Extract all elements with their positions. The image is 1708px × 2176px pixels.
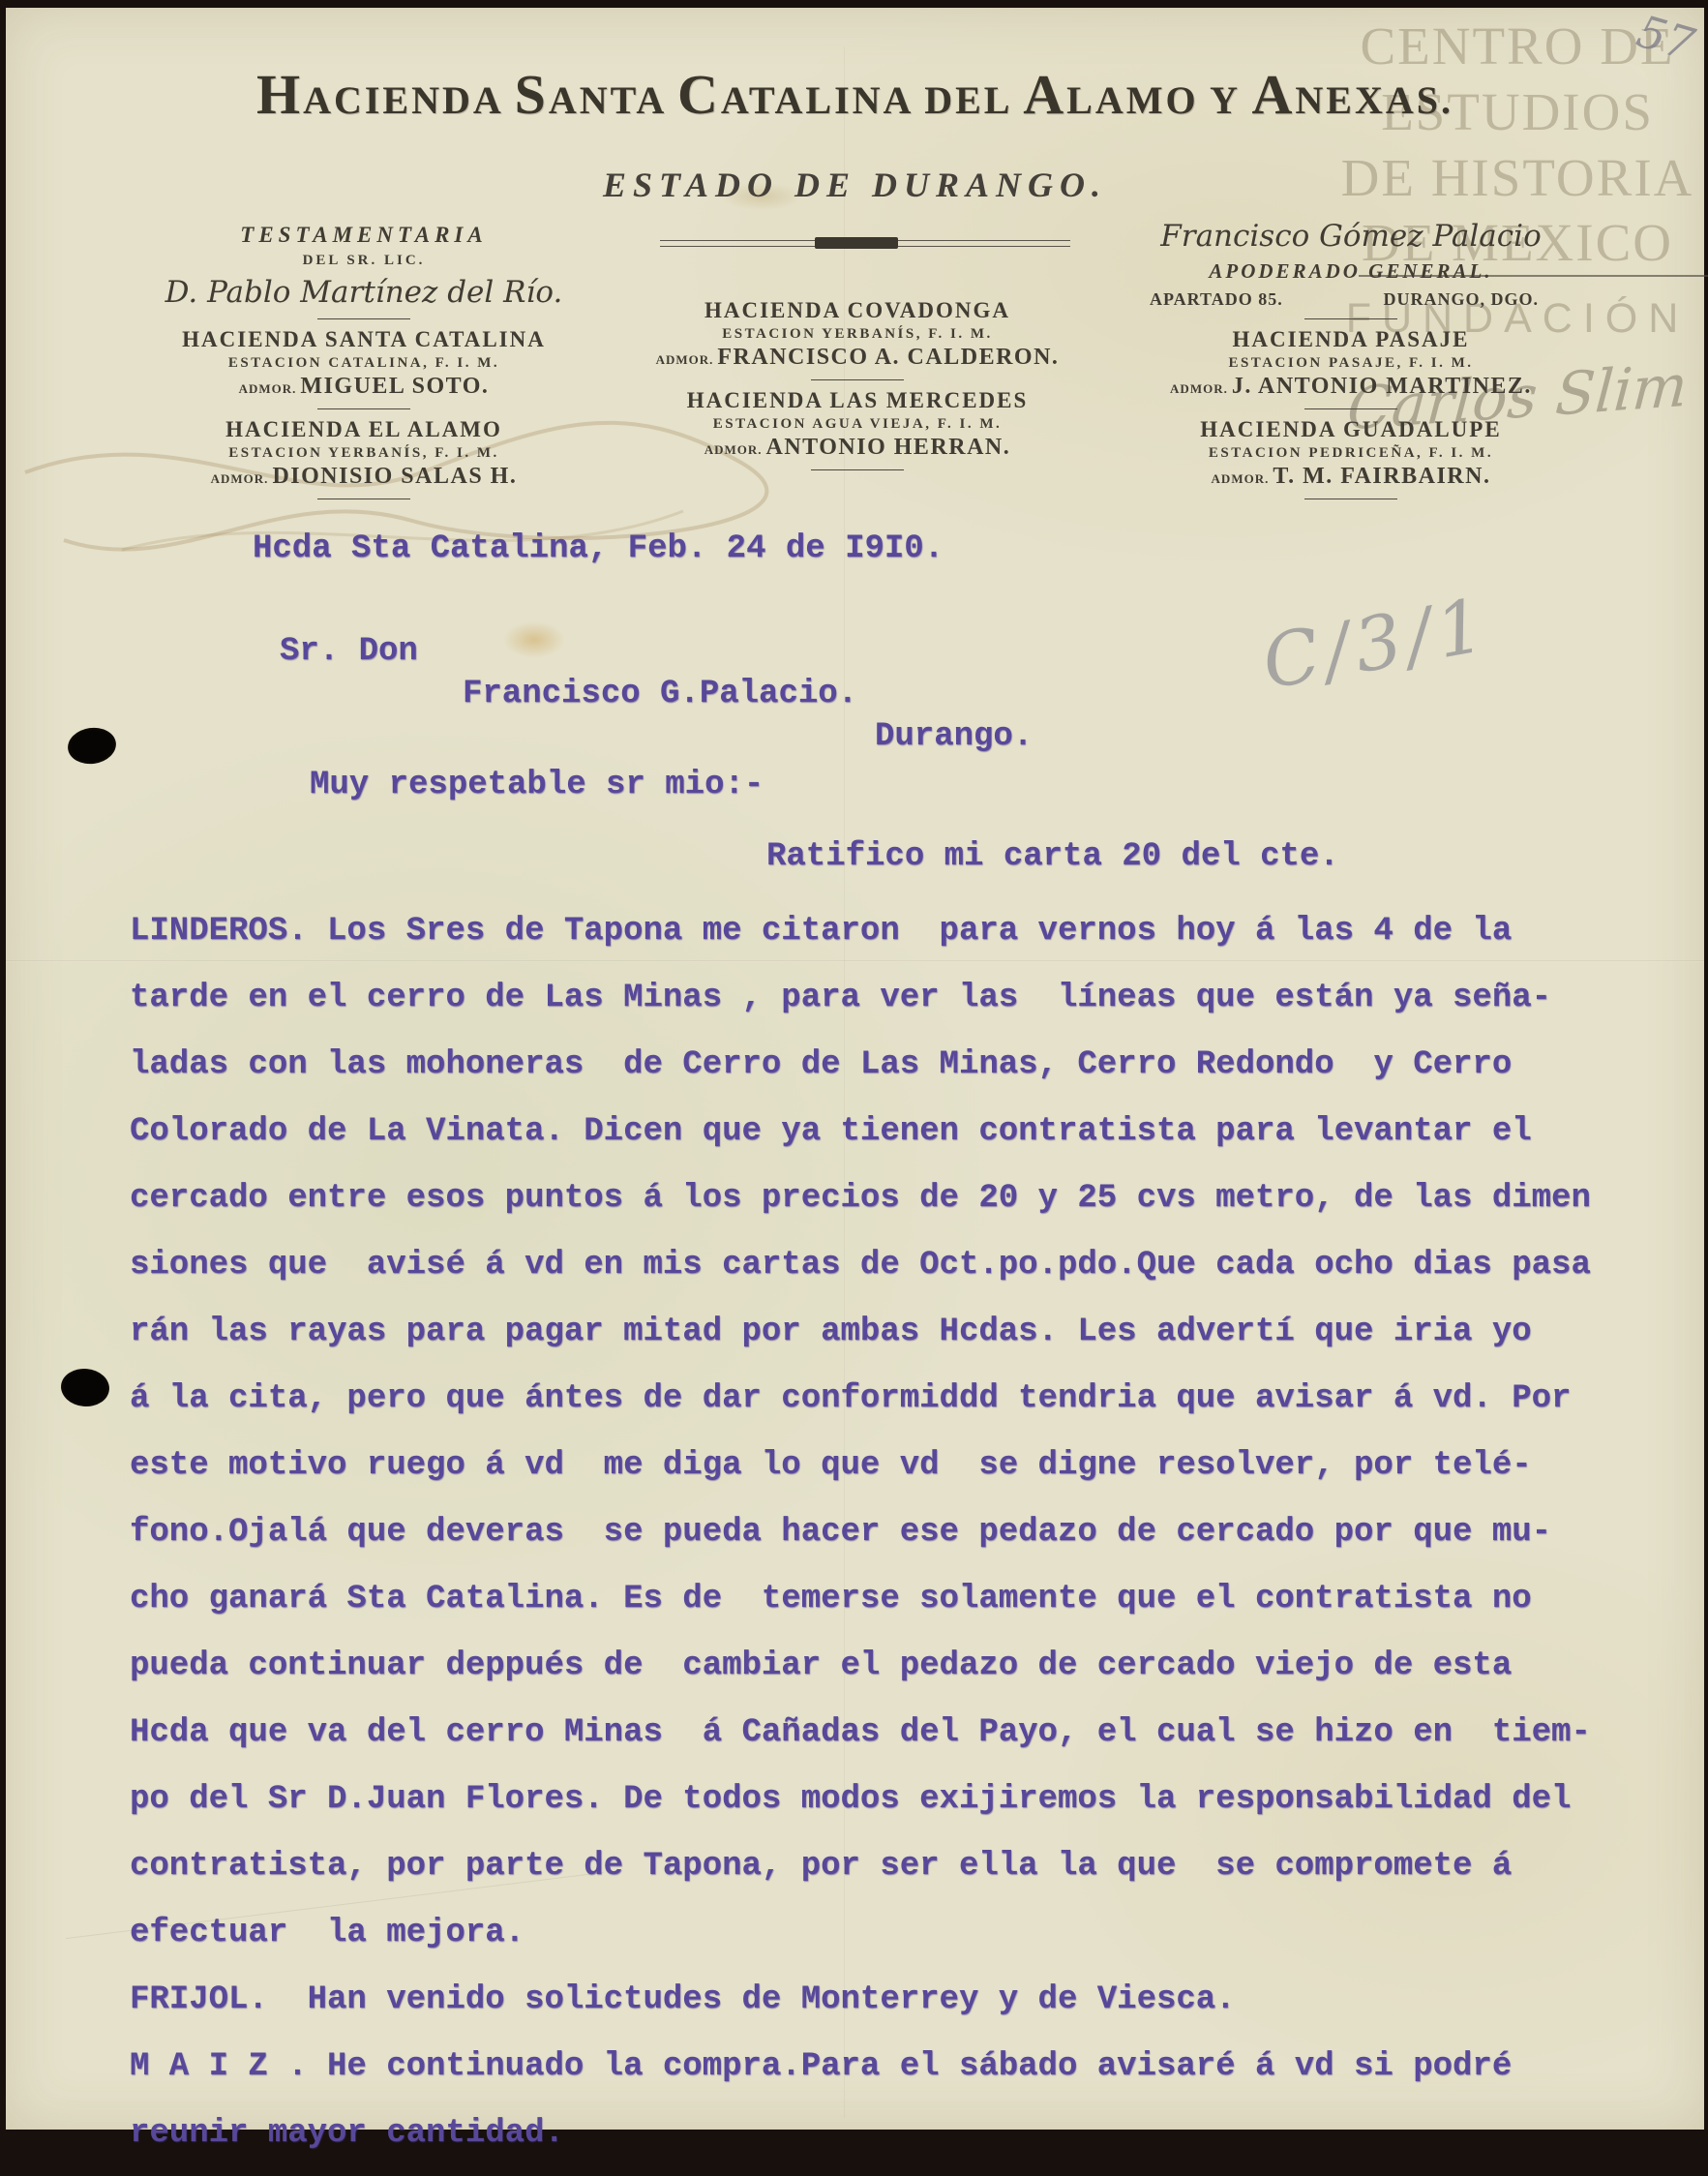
- letterhead-center-column: HACIENDA COVADONGA ESTACION YERBANÍS, F.…: [643, 298, 1072, 478]
- admor-name: ANTONIO HERRAN.: [766, 435, 1011, 460]
- hacienda-name: HACIENDA COVADONGA: [643, 298, 1072, 323]
- letter-greeting: Muy respetable sr mio:-: [310, 767, 764, 803]
- hacienda-station: ESTACION CATALINA, F. I. M.: [149, 355, 579, 372]
- hacienda-name: HACIENDA EL ALAMO: [149, 417, 579, 442]
- paper-stain: [503, 621, 565, 658]
- hacienda-section: HACIENDA COVADONGA ESTACION YERBANÍS, F.…: [643, 298, 1072, 371]
- hacienda-station: ESTACION PEDRICEÑA, F. I. M.: [1136, 445, 1566, 462]
- apartado-label: APARTADO 85.: [1150, 289, 1283, 310]
- letterhead-left-column: TESTAMENTARIA DEL SR. LIC. D. Pablo Mart…: [149, 223, 579, 507]
- hacienda-name: HACIENDA GUADALUPE: [1136, 417, 1566, 442]
- hacienda-admor: ADMOR. J. ANTONIO MARTINEZ.: [1136, 374, 1566, 400]
- admor-name: FRANCISCO A. CALDERON.: [717, 345, 1059, 370]
- hacienda-section: HACIENDA PASAJE ESTACION PASAJE, F. I. M…: [1136, 327, 1566, 400]
- admor-label: ADMOR.: [656, 352, 714, 367]
- divider: [317, 499, 410, 499]
- hacienda-section: HACIENDA LAS MERCEDES ESTACION AGUA VIEJ…: [643, 388, 1072, 461]
- divider: [1304, 318, 1397, 319]
- hacienda-station: ESTACION YERBANÍS, F. I. M.: [643, 326, 1072, 343]
- letter-dateline: Hcda Sta Catalina, Feb. 24 de I9I0.: [253, 530, 944, 567]
- hacienda-admor: ADMOR. T. M. FAIRBAIRN.: [1136, 464, 1566, 490]
- gomez-palacio-script-name: Francisco Gómez Palacio: [1136, 219, 1566, 254]
- hacienda-admor: ADMOR. MIGUEL SOTO.: [149, 374, 579, 400]
- decorative-rule: [660, 240, 1070, 247]
- divider: [1304, 499, 1397, 499]
- hacienda-station: ESTACION AGUA VIEJA, F. I. M.: [643, 416, 1072, 433]
- divider: [317, 408, 410, 409]
- admor-label: ADMOR.: [239, 381, 297, 396]
- decorative-rule-block: [815, 237, 898, 249]
- hacienda-section: HACIENDA GUADALUPE ESTACION PEDRICEÑA, F…: [1136, 417, 1566, 490]
- letterhead-title: HACIENDA SANTA CATALINA DEL ALAMO Y ANEX…: [6, 77, 1704, 123]
- pencil-file-mark: C/3/1: [1256, 581, 1496, 706]
- letterhead-right-column: Francisco Gómez Palacio APODERADO GENERA…: [1136, 213, 1566, 507]
- addressee-city: Durango.: [875, 718, 1033, 755]
- letter-body-text: LINDEROS. Los Sres de Tapona me citaron …: [130, 898, 1678, 2167]
- admor-label: ADMOR.: [1212, 471, 1270, 486]
- addressee-prefix: Sr. Don: [280, 633, 418, 670]
- apartado-row: APARTADO 85. DURANGO, DGO.: [1136, 289, 1566, 310]
- hacienda-admor: ADMOR. FRANCISCO A. CALDERON.: [643, 345, 1072, 371]
- admor-name: J. ANTONIO MARTINEZ.: [1232, 374, 1532, 399]
- punch-hole: [66, 725, 119, 768]
- hacienda-name: HACIENDA LAS MERCEDES: [643, 388, 1072, 413]
- divider: [811, 379, 904, 380]
- letter-opening-line: Ratifico mi carta 20 del cte.: [766, 838, 1339, 875]
- hacienda-section: HACIENDA SANTA CATALINA ESTACION CATALIN…: [149, 327, 579, 400]
- admor-name: MIGUEL SOTO.: [300, 374, 489, 399]
- divider: [1304, 408, 1397, 409]
- city-label: DURANGO, DGO.: [1384, 289, 1540, 310]
- scanned-letter-page: CENTRO DE ESTUDIOS DE HISTORIA DE MEXICO…: [0, 0, 1708, 2176]
- hacienda-station: ESTACION YERBANÍS, F. I. M.: [149, 445, 579, 462]
- hacienda-admor: ADMOR. ANTONIO HERRAN.: [643, 435, 1072, 461]
- hacienda-station: ESTACION PASAJE, F. I. M.: [1136, 355, 1566, 372]
- hacienda-name: HACIENDA SANTA CATALINA: [149, 327, 579, 352]
- punch-hole: [59, 1367, 110, 1408]
- divider: [317, 318, 410, 319]
- admor-label: ADMOR.: [211, 471, 269, 486]
- hacienda-name: HACIENDA PASAJE: [1136, 327, 1566, 352]
- admor-label: ADMOR.: [1170, 381, 1228, 396]
- letter-paper: CENTRO DE ESTUDIOS DE HISTORIA DE MEXICO…: [6, 8, 1704, 2130]
- letterhead-subtitle: ESTADO DE DURANGO.: [6, 165, 1704, 205]
- testamentaria-label: TESTAMENTARIA: [149, 223, 579, 248]
- hacienda-admor: ADMOR. DIONISIO SALAS H.: [149, 464, 579, 490]
- pablo-martinez-script-name: D. Pablo Martínez del Río.: [149, 275, 579, 310]
- apoderado-general-label: APODERADO GENERAL.: [1136, 259, 1566, 284]
- admor-name: T. M. FAIRBAIRN.: [1273, 464, 1490, 489]
- admor-label: ADMOR.: [704, 442, 763, 457]
- del-sr-lic-label: DEL SR. LIC.: [149, 253, 579, 269]
- addressee-name: Francisco G.Palacio.: [463, 676, 857, 712]
- divider: [811, 469, 904, 470]
- hacienda-section: HACIENDA EL ALAMO ESTACION YERBANÍS, F. …: [149, 417, 579, 490]
- admor-name: DIONISIO SALAS H.: [272, 464, 517, 489]
